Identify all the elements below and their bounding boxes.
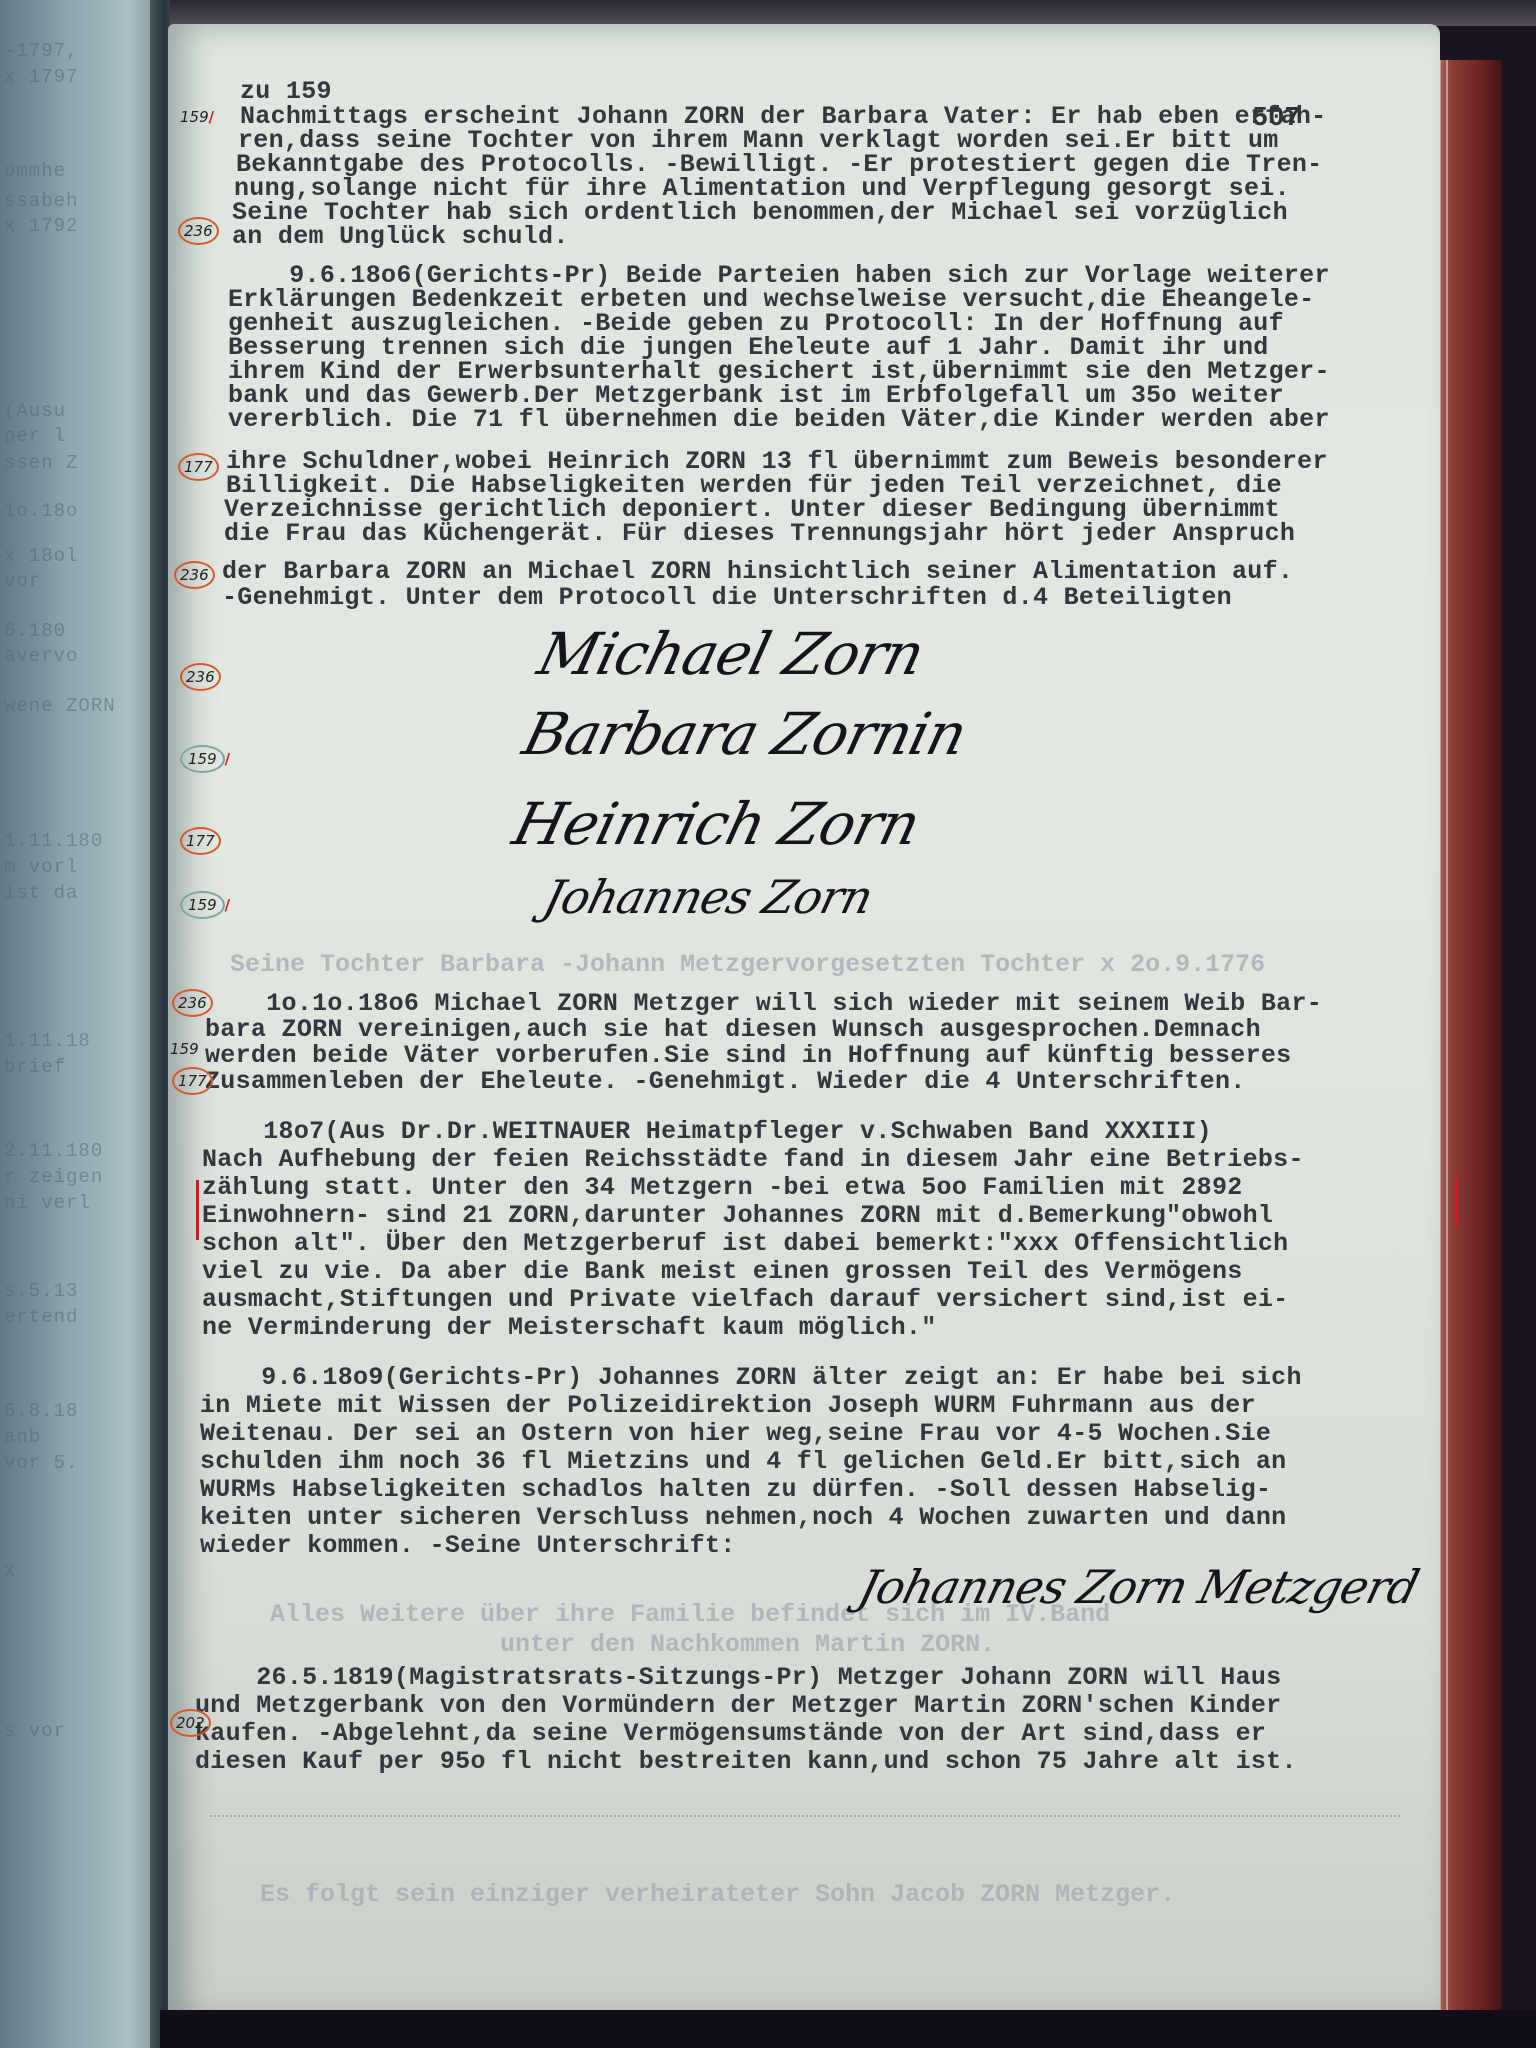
margin-ref: 236: [174, 566, 215, 584]
left-page-fragment: brief: [4, 1056, 154, 1078]
left-page-fragment: vor: [4, 570, 154, 592]
left-page-fragment: -1797,: [4, 40, 154, 62]
signature: Johannes Zorn: [538, 870, 878, 924]
bleed-through-text: Seine Tochter Barbara -Johann Metzgervor…: [230, 950, 1265, 979]
red-margin-bracket: [1455, 1176, 1458, 1226]
left-page-fragment: x 1792: [4, 215, 154, 237]
left-page-fragment: x 1797: [4, 66, 154, 88]
text-line: -Genehmigt. Unter dem Protocoll die Unte…: [222, 584, 1232, 612]
red-margin-bracket: [196, 1180, 199, 1240]
left-page-fragment: 1o.18o: [4, 500, 154, 522]
divider-line: [210, 1815, 1400, 1817]
left-page-fragment: ssen Z: [4, 452, 154, 474]
left-page-fragment: 1.11.180: [4, 830, 154, 852]
left-page-fragment: ertend: [4, 1306, 154, 1328]
left-page-fragment: x 18ol: [4, 545, 154, 567]
left-page-fragment: x: [4, 1560, 154, 1582]
text-line: die Frau das Küchengerät. Für dieses Tre…: [224, 520, 1295, 548]
left-page-fragment: m vorl: [4, 856, 154, 878]
margin-ref: 202: [170, 1714, 211, 1732]
left-page-fragment: avervo: [4, 645, 154, 667]
margin-ref: 159/: [180, 896, 230, 914]
book-edge: [1432, 60, 1502, 2020]
left-page-fragment: (Ausu: [4, 400, 154, 422]
left-page-fragment: ssabeh: [4, 190, 154, 212]
left-page-fragment: 6.8.18: [4, 1400, 154, 1422]
text-line: 18o7(Aus Dr.Dr.WEITNAUER Heimatpfleger v…: [202, 1118, 1212, 1146]
margin-ref: 236: [172, 994, 213, 1012]
left-page-fragment: s.5.13: [4, 1280, 154, 1302]
margin-ref: 236: [178, 222, 219, 240]
left-page-fragment: 1.11.18: [4, 1030, 154, 1052]
top-shadow: [170, 0, 1536, 26]
left-page-fragment: ni verl: [4, 1192, 154, 1214]
text-line: wieder kommen. -Seine Unterschrift:: [200, 1532, 736, 1560]
left-page-fragment: ist da: [4, 882, 154, 904]
margin-ref: 159/: [180, 108, 214, 126]
bleed-through-text: unter den Nachkommen Martin ZORN.: [500, 1630, 995, 1659]
margin-ref: 159/: [180, 750, 230, 768]
text-line: Zusammenleben der Eheleute. -Genehmigt. …: [205, 1068, 1246, 1096]
signature: Michael Zorn: [532, 620, 931, 688]
margin-ref: 177: [172, 1072, 213, 1090]
margin-ref: 159: [170, 1040, 199, 1058]
text-line: in Miete mit Wissen der Polizeidirektion…: [200, 1392, 1256, 1420]
bleed-through-text: Es folgt sein einziger verheirateter Soh…: [260, 1880, 1175, 1909]
text-line: WURMs Habseligkeiten schadlos halten zu …: [200, 1476, 1271, 1504]
text-line: schulden ihm noch 36 fl Mietzins und 4 f…: [200, 1448, 1286, 1476]
margin-ref: 236: [180, 668, 221, 686]
left-page-fragment: anb: [4, 1426, 154, 1448]
bottom-shadow: [160, 2010, 1536, 2048]
text-line: ne Verminderung der Meisterschaft kaum m…: [202, 1314, 937, 1342]
left-page-fragment: wene ZORN: [4, 695, 154, 717]
text-line: schon alt". Über den Metzgerberuf ist da…: [202, 1230, 1288, 1258]
left-page-fragment: 6.180: [4, 620, 154, 642]
text-line: 26.5.1819(Magistratsrats-Sitzungs-Pr) Me…: [195, 1664, 1281, 1692]
closing-signature: Johannes Zorn Metzgerd: [853, 1560, 1423, 1614]
text-line: keiten unter sicheren Verschluss nehmen,…: [200, 1504, 1286, 1532]
text-line: Weitenau. Der sei an Ostern von hier weg…: [200, 1420, 1271, 1448]
margin-ref: 177: [180, 832, 221, 850]
text-line: 1o.1o.18o6 Michael ZORN Metzger will sic…: [205, 990, 1322, 1018]
text-line: ausmacht,Stiftungen und Private vielfach…: [202, 1286, 1288, 1314]
text-line: 9.6.18o9(Gerichts-Pr) Johannes ZORN älte…: [200, 1364, 1302, 1392]
text-line: und Metzgerbank von den Vormündern der M…: [195, 1692, 1281, 1720]
text-line: bara ZORN vereinigen,auch sie hat diesen…: [205, 1016, 1261, 1044]
left-page-fragment: r zeigen: [4, 1166, 154, 1188]
text-line: Einwohnern- sind 21 ZORN,darunter Johann…: [202, 1202, 1273, 1230]
text-line: Nach Aufhebung der feien Reichsstädte fa…: [202, 1146, 1304, 1174]
text-line: viel zu vie. Da aber die Bank meist eine…: [202, 1258, 1243, 1286]
left-page-fragment: ommhe: [4, 160, 154, 182]
text-line: werden beide Väter vorberufen.Sie sind i…: [205, 1042, 1291, 1070]
left-page-fragment: s vor: [4, 1720, 154, 1742]
left-page-fragment: per l: [4, 425, 154, 447]
text-line: der Barbara ZORN an Michael ZORN hinsich…: [222, 558, 1293, 586]
signature: Barbara Zornin: [517, 700, 974, 768]
text-line: vererblich. Die 71 fl übernehmen die bei…: [228, 406, 1330, 434]
text-line: kaufen. -Abgelehnt,da seine Vermögensums…: [195, 1720, 1266, 1748]
facing-left-page: -1797, x 1797 ommhe ssabeh x 1792 (Ausu …: [0, 0, 170, 2048]
left-page-fragment: 2.11.180: [4, 1140, 154, 1162]
signature: Heinrich Zorn: [507, 790, 927, 858]
left-page-fragment: vor 5.: [4, 1452, 154, 1474]
text-line: an dem Unglück schuld.: [232, 223, 569, 251]
margin-ref: 177: [178, 458, 219, 476]
text-line: zählung statt. Unter den 34 Metzgern -be…: [202, 1174, 1243, 1202]
text-line: diesen Kauf per 95o fl nicht bestreiten …: [195, 1748, 1297, 1776]
